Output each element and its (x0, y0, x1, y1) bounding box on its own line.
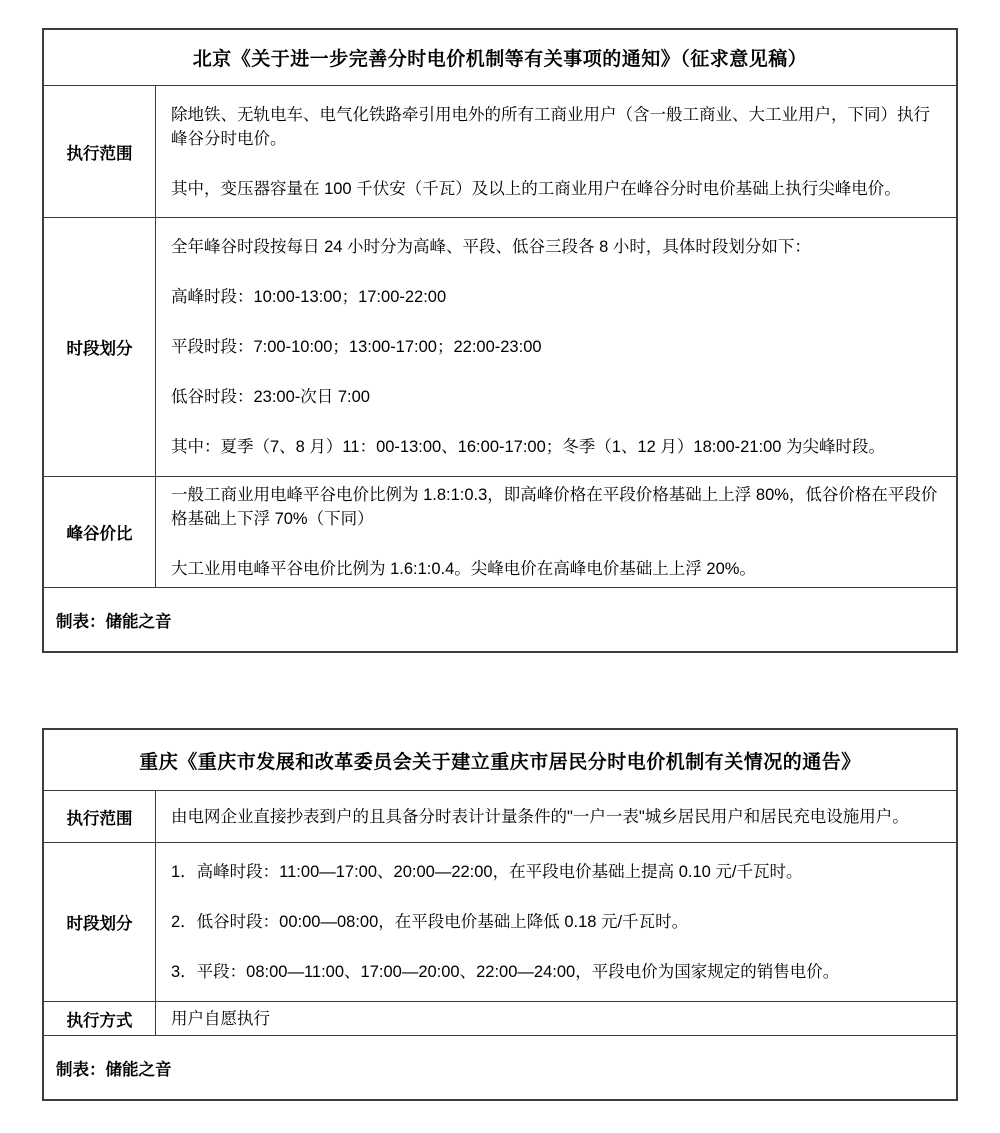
beijing-policy-table: 北京《关于进一步完善分时电价机制等有关事项的通知》（征求意见稿） 执行范围 除地… (42, 28, 958, 653)
row-content-mode: 用户自愿执行 (156, 1002, 956, 1035)
paragraph: 平段时段：7:00-10:00；13:00-17:00；22:00-23:00 (171, 335, 940, 359)
paragraph: 全年峰谷时段按每日 24 小时分为高峰、平段、低谷三段各 8 小时，具体时段划分… (171, 235, 940, 259)
table-row-periods: 时段划分 1．高峰时段：11:00—17:00、20:00—22:00，在平段电… (44, 843, 956, 1002)
page: 北京《关于进一步完善分时电价机制等有关事项的通知》（征求意见稿） 执行范围 除地… (0, 0, 1000, 1101)
row-label-scope: 执行范围 (44, 86, 156, 217)
row-content-scope: 由电网企业直接抄表到户的且具备分时表计计量条件的"一户一表"城乡居民用户和居民充… (156, 791, 956, 842)
row-label-periods: 时段划分 (44, 843, 156, 1001)
paragraph: 2．低谷时段：00:00—08:00，在平段电价基础上降低 0.18 元/千瓦时… (171, 910, 940, 934)
row-content-periods: 全年峰谷时段按每日 24 小时分为高峰、平段、低谷三段各 8 小时，具体时段划分… (156, 218, 956, 476)
table-row-ratio: 峰谷价比 一般工商业用电峰平谷电价比例为 1.8:1:0.3，即高峰价格在平段价… (44, 477, 956, 588)
row-label-mode: 执行方式 (44, 1002, 156, 1035)
paragraph: 除地铁、无轨电车、电气化铁路牵引用电外的所有工商业用户（含一般工商业、大工业用户… (171, 103, 940, 151)
row-content-periods: 1．高峰时段：11:00—17:00、20:00—22:00，在平段电价基础上提… (156, 843, 956, 1001)
row-content-scope: 除地铁、无轨电车、电气化铁路牵引用电外的所有工商业用户（含一般工商业、大工业用户… (156, 86, 956, 217)
chongqing-table-title: 重庆《重庆市发展和改革委员会关于建立重庆市居民分时电价机制有关情况的通告》 (44, 730, 956, 791)
row-label-periods: 时段划分 (44, 218, 156, 476)
paragraph: 由电网企业直接抄表到户的且具备分时表计计量条件的"一户一表"城乡居民用户和居民充… (171, 805, 940, 829)
paragraph: 大工业用电峰平谷电价比例为 1.6:1:0.4。尖峰电价在高峰电价基础上上浮 2… (171, 557, 940, 581)
paragraph: 用户自愿执行 (171, 1007, 940, 1031)
table-row-scope: 执行范围 由电网企业直接抄表到户的且具备分时表计计量条件的"一户一表"城乡居民用… (44, 791, 956, 843)
chongqing-policy-table: 重庆《重庆市发展和改革委员会关于建立重庆市居民分时电价机制有关情况的通告》 执行… (42, 728, 958, 1101)
table-footer-credit: 制表：储能之音 (44, 1036, 956, 1099)
row-label-scope: 执行范围 (44, 791, 156, 842)
beijing-table-title: 北京《关于进一步完善分时电价机制等有关事项的通知》（征求意见稿） (44, 30, 956, 86)
paragraph: 1．高峰时段：11:00—17:00、20:00—22:00，在平段电价基础上提… (171, 860, 940, 884)
paragraph: 一般工商业用电峰平谷电价比例为 1.8:1:0.3，即高峰价格在平段价格基础上上… (171, 483, 940, 531)
paragraph: 其中：夏季（7、8 月）11：00-13:00、16:00-17:00；冬季（1… (171, 435, 940, 459)
paragraph: 低谷时段：23:00-次日 7:00 (171, 385, 940, 409)
paragraph: 其中，变压器容量在 100 千伏安（千瓦）及以上的工商业用户在峰谷分时电价基础上… (171, 177, 940, 201)
paragraph: 3．平段：08:00—11:00、17:00—20:00、22:00—24:00… (171, 960, 940, 984)
table-row-periods: 时段划分 全年峰谷时段按每日 24 小时分为高峰、平段、低谷三段各 8 小时，具… (44, 218, 956, 477)
table-footer-credit: 制表：储能之音 (44, 588, 956, 651)
row-content-ratio: 一般工商业用电峰平谷电价比例为 1.8:1:0.3，即高峰价格在平段价格基础上上… (156, 477, 956, 587)
paragraph: 高峰时段：10:00-13:00；17:00-22:00 (171, 285, 940, 309)
table-row-mode: 执行方式 用户自愿执行 (44, 1002, 956, 1036)
row-label-ratio: 峰谷价比 (44, 477, 156, 587)
table-row-scope: 执行范围 除地铁、无轨电车、电气化铁路牵引用电外的所有工商业用户（含一般工商业、… (44, 86, 956, 218)
